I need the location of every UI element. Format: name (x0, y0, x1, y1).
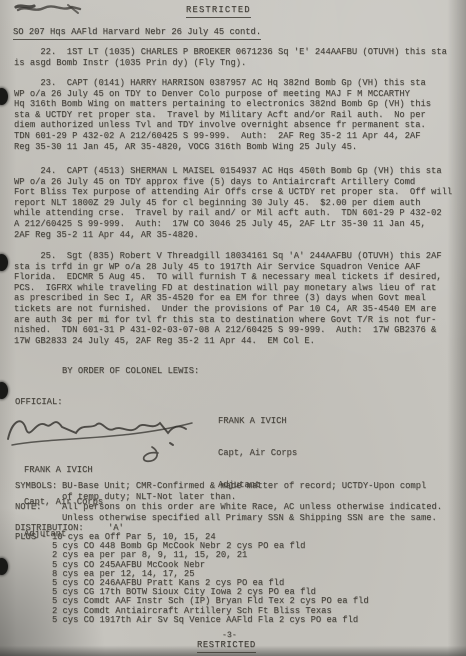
order-header: SO 207 Hqs AAFld Harvard Nebr 26 July 45… (13, 27, 261, 40)
scan-artifact-blob (0, 558, 8, 575)
paragraph-24: 24. CAPT (4513) SHERMAN L MAISEL 0154937… (14, 166, 462, 240)
pencil-smudge-mark (14, 1, 84, 19)
scan-artifact-blob (0, 88, 8, 105)
note-text: All persons on this order are White Race… (62, 502, 442, 523)
scan-artifact-blob (0, 254, 8, 271)
by-order-line: BY ORDER OF COLONEL LEWIS: (62, 366, 199, 377)
paragraph-22: 22. 1ST LT (1035) CHARLES P BROEKER 0671… (14, 47, 462, 68)
note-label: NOTE: (15, 502, 41, 513)
symbols-label: SYMBOLS: (15, 481, 57, 492)
symbols-text: BU-Base Unit; CMR-Confirmed & made matte… (62, 481, 426, 502)
adjutant-rank: Capt, Air Corps (218, 448, 297, 459)
adjutant-name: FRANK A IVICH (218, 416, 297, 427)
scan-artifact-blob (0, 382, 8, 399)
adjutant-name: FRANK A IVICH (24, 465, 103, 476)
paragraph-23: 23. CAPT (0141) HARRY HARRISON 0387957 A… (14, 78, 462, 152)
paragraph-25: 25. Sgt (835) Robert V Threadgill 180341… (14, 251, 462, 346)
classification-banner-bottom: RESTRICTED (197, 640, 256, 653)
distribution-plus-list: PLUS - 10 cys ea Off Par 5, 10, 15, 24 5… (15, 533, 369, 625)
classification-banner-top: RESTRICTED (186, 5, 251, 18)
scanned-special-orders-page: RESTRICTED SO 207 Hqs AAFld Harvard Nebr… (0, 0, 466, 656)
